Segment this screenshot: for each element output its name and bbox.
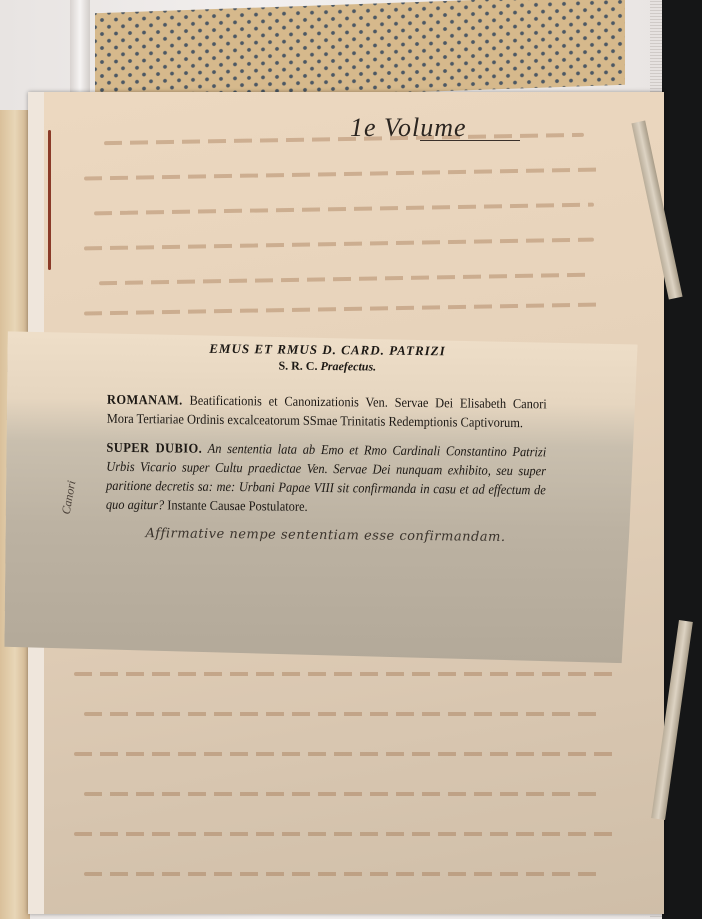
romanam-lead: ROMANAM. [107,392,183,408]
bleed-through-line [74,752,614,756]
volume-underline [420,140,520,141]
slip-header-line2: S. R. C. Praefectus. [107,357,547,377]
header-plain: S. R. C. [278,359,320,373]
handwritten-response: Affirmative nempe sententiam esse confir… [145,526,545,545]
binding-thread [48,130,51,270]
bleed-through-line [74,832,614,836]
bleed-through-line [84,872,604,876]
super-dubio-paragraph: SUPER DUBIO. An sententia lata ab Emo et… [106,438,547,519]
bleed-through-line [84,238,594,251]
bleed-through-line [84,302,604,315]
bleed-through-line [104,133,584,145]
super-dubio-lead: SUPER DUBIO. [106,440,202,456]
header-italic: Praefectus. [320,359,376,374]
bleed-through-line [84,167,604,180]
bleed-through-line [84,792,604,796]
printed-slip: EMUS ET RMUS D. CARD. PATRIZI S. R. C. P… [4,325,637,664]
slip-text: EMUS ET RMUS D. CARD. PATRIZI S. R. C. P… [105,340,547,546]
super-dubio-tail: Instante Causae Postulatore. [164,497,308,514]
bleed-through-line [84,712,604,716]
romanam-paragraph: ROMANAM. Beatificationis et Canonization… [107,390,547,433]
bleed-through-line [99,273,589,286]
photo-scene: 1e Volume EMUS ET RMUS D. CARD. PATRIZI … [0,0,702,919]
volume-label: 1e Volume [350,113,467,143]
bleed-through-line [74,672,614,676]
bleed-through-line [94,203,594,216]
